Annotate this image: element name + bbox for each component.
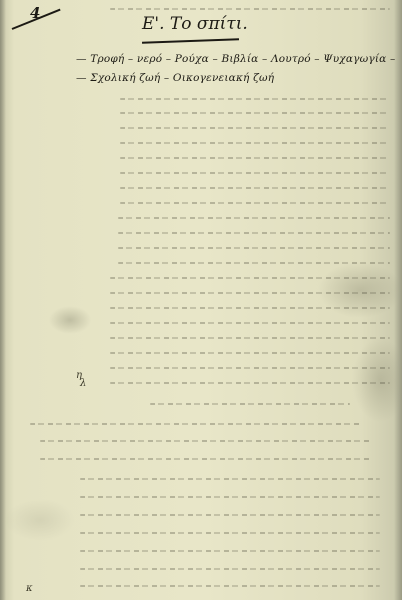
margin-mark: κ <box>26 583 33 594</box>
margin-mark: λ <box>80 378 86 389</box>
bleed-through-text <box>0 0 402 600</box>
page-title: Ε'. Το σπίτι. <box>142 14 248 34</box>
topic-line-1: — Τροφή – νερό – Ρούχα – Βιβλία – Λουτρό… <box>76 53 395 65</box>
topic-line-2: — Σχολική ζωή – Οικογενειακή ζωή <box>76 72 274 84</box>
manuscript-page: 4 Ε'. Το σπίτι. — Τροφή – νερό – Ρούχα –… <box>0 0 402 600</box>
